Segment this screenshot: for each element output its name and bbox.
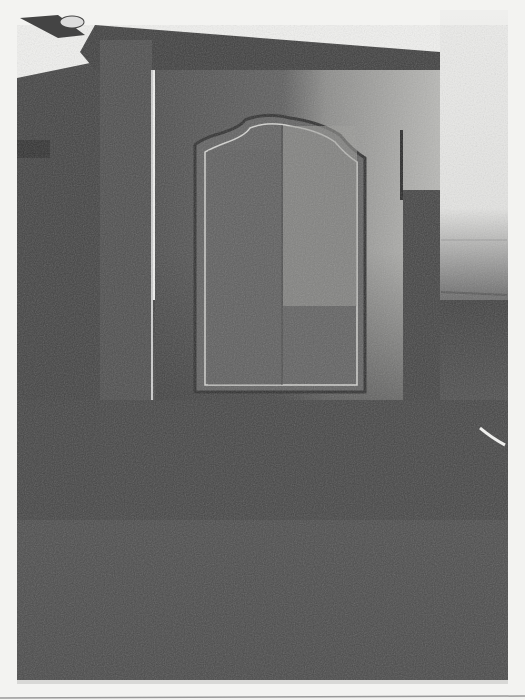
photocopy-page xyxy=(0,0,525,700)
cabinet-photo xyxy=(0,0,525,700)
